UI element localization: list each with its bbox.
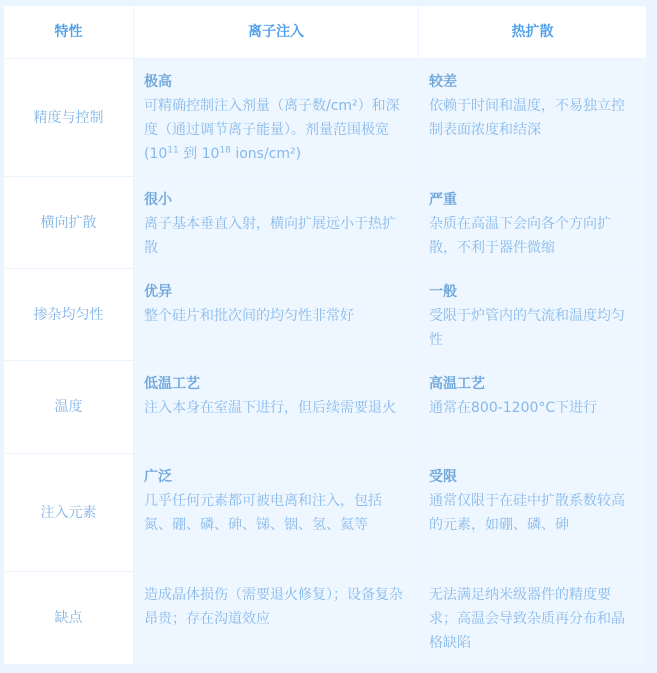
cell-title: 受限 bbox=[429, 465, 636, 489]
cell-desc: 杂质在高温下会向各个方向扩散，不利于器件微缩 bbox=[429, 212, 636, 260]
cell-desc: 离子基本垂直入射，横向扩展远小于热扩散 bbox=[144, 212, 408, 260]
cell-ion-drawbacks: 造成晶体损伤（需要退火修复）；设备复杂昂贵；存在沟道效应 bbox=[134, 572, 418, 664]
cell-title: 很小 bbox=[144, 188, 408, 212]
cell-thermal-uniformity: 一般 受限于炉管内的气流和温度均匀性 bbox=[419, 269, 646, 360]
cell-title: 优异 bbox=[144, 280, 408, 304]
cell-desc: 通常在800-1200°C下进行 bbox=[429, 396, 636, 420]
cell-desc: 注入本身在室温下进行，但后续需要退火 bbox=[144, 396, 408, 420]
cell-ion-temperature: 低温工艺 注入本身在室温下进行，但后续需要退火 bbox=[134, 361, 418, 453]
row-feature-drawbacks: 缺点 bbox=[4, 572, 133, 664]
cell-thermal-elements: 受限 通常仅限于在硅中扩散系数较高的元素，如硼、磷、砷 bbox=[419, 454, 646, 571]
cell-thermal-temperature: 高温工艺 通常在800-1200°C下进行 bbox=[419, 361, 646, 453]
cell-title: 广泛 bbox=[144, 465, 408, 489]
cell-desc: 造成晶体损伤（需要退火修复）；设备复杂昂贵；存在沟道效应 bbox=[144, 583, 408, 631]
row-feature-elements: 注入元素 bbox=[4, 454, 133, 571]
row-feature-temperature: 温度 bbox=[4, 361, 133, 453]
header-feature: 特性 bbox=[4, 6, 133, 58]
cell-thermal-lateral: 严重 杂质在高温下会向各个方向扩散，不利于器件微缩 bbox=[419, 177, 646, 268]
cell-thermal-drawbacks: 无法满足纳米级器件的精度要求；高温会导致杂质再分布和晶格缺陷 bbox=[419, 572, 646, 664]
cell-desc: 依赖于时间和温度，不易独立控制表面浓度和结深 bbox=[429, 94, 636, 142]
cell-desc: 受限于炉管内的气流和温度均匀性 bbox=[429, 304, 636, 352]
header-ion-implantation: 离子注入 bbox=[134, 6, 418, 58]
row-feature-lateral-diffusion: 横向扩散 bbox=[4, 177, 133, 268]
cell-desc: 整个硅片和批次间的均匀性非常好 bbox=[144, 304, 408, 328]
cell-title: 一般 bbox=[429, 280, 636, 304]
comparison-table: 特性 离子注入 热扩散 精度与控制 极高 可精确控制注入剂量（离子数/cm²）和… bbox=[4, 6, 646, 664]
cell-title: 较差 bbox=[429, 70, 636, 94]
cell-title: 严重 bbox=[429, 188, 636, 212]
cell-thermal-precision: 较差 依赖于时间和温度，不易独立控制表面浓度和结深 bbox=[419, 59, 646, 176]
cell-ion-uniformity: 优异 整个硅片和批次间的均匀性非常好 bbox=[134, 269, 418, 360]
row-feature-precision: 精度与控制 bbox=[4, 59, 133, 176]
cell-title: 高温工艺 bbox=[429, 372, 636, 396]
cell-title: 低温工艺 bbox=[144, 372, 408, 396]
cell-ion-lateral: 很小 离子基本垂直入射，横向扩展远小于热扩散 bbox=[134, 177, 418, 268]
cell-ion-precision: 极高 可精确控制注入剂量（离子数/cm²）和深度（通过调节离子能量）。剂量范围极… bbox=[134, 59, 418, 176]
row-feature-uniformity: 掺杂均匀性 bbox=[4, 269, 133, 360]
cell-desc: 无法满足纳米级器件的精度要求；高温会导致杂质再分布和晶格缺陷 bbox=[429, 583, 636, 655]
cell-desc: 几乎任何元素都可被电离和注入，包括氮、硼、磷、砷、锑、铟、氢、氦等 bbox=[144, 489, 408, 537]
header-thermal-diffusion: 热扩散 bbox=[419, 6, 646, 58]
cell-desc: 可精确控制注入剂量（离子数/cm²）和深度（通过调节离子能量）。剂量范围极宽(1… bbox=[144, 94, 408, 166]
cell-title: 极高 bbox=[144, 70, 408, 94]
cell-ion-elements: 广泛 几乎任何元素都可被电离和注入，包括氮、硼、磷、砷、锑、铟、氢、氦等 bbox=[134, 454, 418, 571]
cell-desc: 通常仅限于在硅中扩散系数较高的元素，如硼、磷、砷 bbox=[429, 489, 636, 537]
